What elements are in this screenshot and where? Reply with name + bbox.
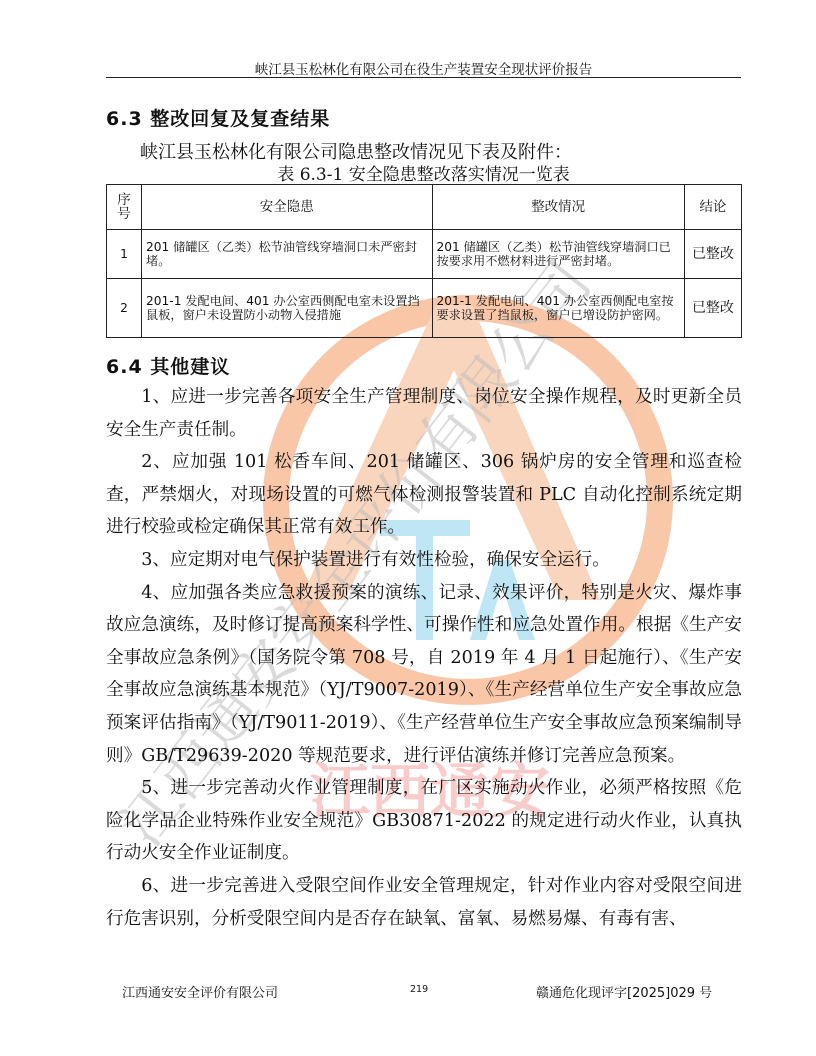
- section-heading-6-4: 6.4 其他建议: [106, 352, 230, 379]
- footer-page-number: 219: [410, 984, 428, 995]
- cell-result: 已整改: [684, 279, 741, 338]
- recommendation-paragraph: 3、应定期对电气保护装置进行有效性检验，确保安全运行。: [106, 544, 742, 577]
- column-header-result: 结论: [684, 185, 741, 230]
- table-caption: 表 6.3-1 安全隐患整改落实情况一览表: [106, 160, 741, 185]
- cell-issue: 201-1 发配电间、401 办公室西侧配电室未设置挡鼠板，窗户未设置防小动物入…: [142, 279, 432, 338]
- header-divider: [106, 77, 741, 78]
- cell-fix: 201-1 发配电间、401 办公室西侧配电室按要求设置了挡鼠板，窗户已增设防护…: [432, 279, 684, 338]
- table-row: 2 201-1 发配电间、401 办公室西侧配电室未设置挡鼠板，窗户未设置防小动…: [107, 279, 742, 338]
- cell-no: 1: [107, 230, 142, 279]
- section-heading-6-3: 6.3 整改回复及复查结果: [106, 104, 330, 131]
- rectification-table: 序号 安全隐患 整改情况 结论 1 201 储罐区（乙类）松节油管线穿墙洞口未严…: [106, 184, 742, 338]
- recommendation-paragraph: 2、应加强 101 松香车间、201 储罐区、306 锅炉房的安全管理和巡查检查…: [106, 446, 742, 544]
- cell-result: 已整改: [684, 230, 741, 279]
- column-header-no: 序号: [107, 185, 142, 230]
- column-header-issue: 安全隐患: [142, 185, 432, 230]
- recommendations-body: 1、应进一步完善各项安全生产管理制度、岗位安全操作规程，及时更新全员安全生产责任…: [106, 381, 742, 935]
- cell-no: 2: [107, 279, 142, 338]
- recommendation-paragraph: 6、进一步完善进入受限空间作业安全管理规定，针对作业内容对受限空间进行危害识别，…: [106, 870, 742, 935]
- recommendation-paragraph: 5、进一步完善动火作业管理制度，在厂区实施动火作业，必须严格按照《危险化学品企业…: [106, 772, 742, 870]
- cell-fix: 201 储罐区（乙类）松节油管线穿墙洞口已按要求用不燃材料进行严密封堵。: [432, 230, 684, 279]
- recommendation-paragraph: 4、应加强各类应急救援预案的演练、记录、效果评价，特别是火灾、爆炸事故应急演练，…: [106, 577, 742, 773]
- footer-doc-number: 赣通危化现评字[2025]029 号: [536, 982, 712, 1001]
- column-header-fix: 整改情况: [432, 185, 684, 230]
- cell-issue: 201 储罐区（乙类）松节油管线穿墙洞口未严密封堵。: [142, 230, 432, 279]
- page-header: 峡江县玉松林化有限公司在役生产装置安全现状评价报告: [106, 58, 741, 78]
- recommendation-paragraph: 1、应进一步完善各项安全生产管理制度、岗位安全操作规程，及时更新全员安全生产责任…: [106, 381, 742, 446]
- footer-company: 江西通安安全评价有限公司: [122, 982, 278, 1001]
- table-row: 1 201 储罐区（乙类）松节油管线穿墙洞口未严密封堵。 201 储罐区（乙类）…: [107, 230, 742, 279]
- table-header-row: 序号 安全隐患 整改情况 结论: [107, 185, 742, 230]
